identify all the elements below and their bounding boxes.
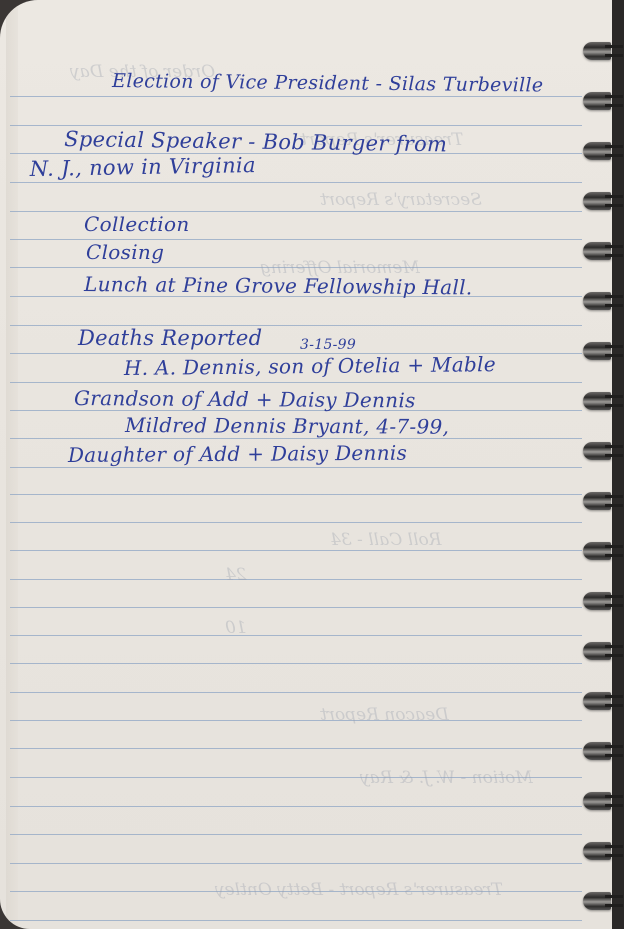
spiral-ring-icon [583,192,623,212]
spiral-ring-icon [583,142,623,162]
election-line: Election of Vice President - Silas Turbe… [112,70,543,97]
ruled-line [10,635,582,636]
spiral-ring-icon [583,342,623,362]
spiral-ring-icon [583,492,623,512]
ruled-line [10,182,582,183]
spiral-ring-icon [583,892,623,912]
ruled-line [10,748,582,749]
death-2-line-2: Daughter of Add + Daisy Dennis [68,441,407,467]
ruled-line [10,692,582,693]
spiral-ring-icon [583,292,623,312]
bleed-through-text: Roll Call - 34 [330,530,442,550]
spiral-ring-icon [583,592,623,612]
ruled-line [10,382,582,383]
ruled-line [10,96,582,97]
bleed-through-text: 24 [225,565,247,585]
death-1-line-1: H. A. Dennis, son of Otelia + Mable [124,352,496,380]
bleed-through-text: Secretary's Report [320,190,482,210]
notebook-page: Order of the Day Treasurer's Report Secr… [0,0,612,929]
spiral-ring-icon [583,642,623,662]
ruled-line [10,438,582,439]
spiral-ring-icon [583,692,623,712]
death-1-line-2: Grandson of Add + Daisy Dennis [74,386,416,412]
ruled-line [10,834,582,835]
speaker-line-2: N. J., now in Virginia [30,153,256,181]
spiral-ring-icon [583,242,623,262]
collection-item: Collection [84,212,190,236]
spiral-ring-icon [583,792,623,812]
spiral-ring-icon [583,392,623,412]
ruled-line [10,806,582,807]
death-2-line-1: Mildred Dennis Bryant, 4-7-99, [125,413,449,439]
spiral-ring-icon [583,542,623,562]
death-1-date: 3-15-99 [300,337,356,353]
ruled-line [10,494,582,495]
spiral-ring-icon [583,442,623,462]
spiral-ring-icon [583,42,623,62]
spiral-ring-icon [583,742,623,762]
bleed-through-text: Deacon Report [320,705,449,725]
spiral-ring-icon [583,842,623,862]
ruled-line [10,720,582,721]
ruled-line [10,550,582,551]
ruled-line [10,579,582,580]
bleed-through-text: Motion - W. J. & Ray [360,768,533,788]
speaker-line-1: Special Speaker - Bob Burger from [64,127,447,156]
ruled-line [10,125,582,126]
deaths-heading: Deaths Reported [78,326,262,350]
notebook-spine [612,0,624,929]
ruled-line [10,863,582,864]
bleed-through-text: Treasurer's Report - Betty Ontley [215,880,503,900]
bleed-through-text: 10 [225,618,247,638]
spiral-ring-icon [583,92,623,112]
ruled-line [10,663,582,664]
closing-item: Closing [86,240,164,264]
ruled-line [10,522,582,523]
ruled-line [10,920,582,921]
lunch-item: Lunch at Pine Grove Fellowship Hall. [84,272,473,299]
ruled-line [10,607,582,608]
ruled-line [10,467,582,468]
